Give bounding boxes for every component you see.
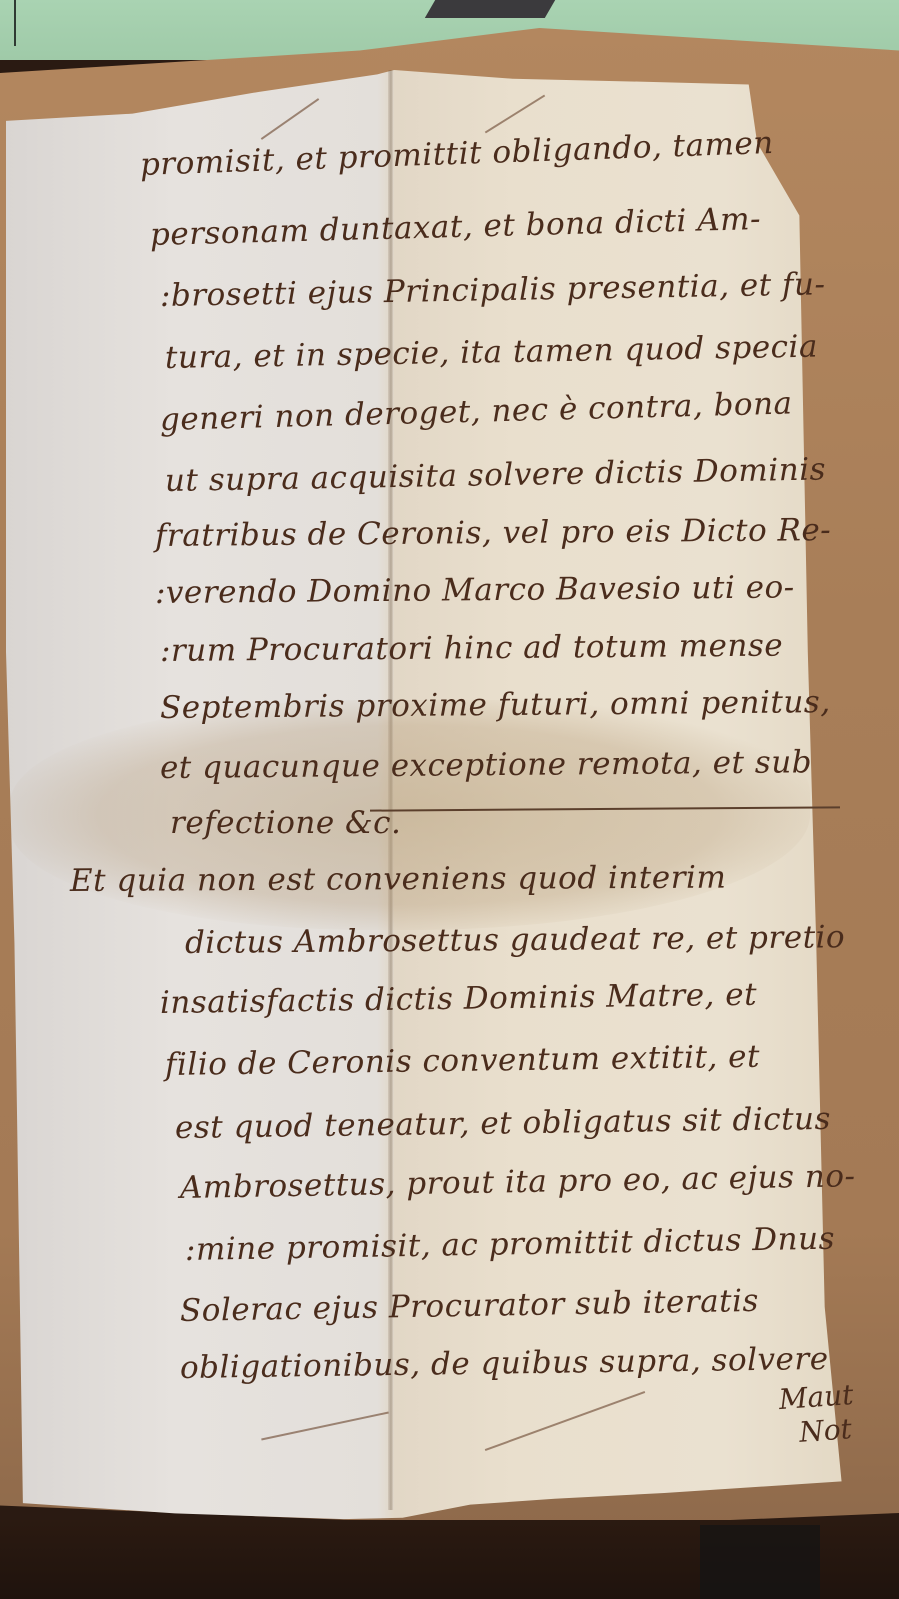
text-line: et quacunque exceptione remota, et sub [160, 744, 812, 786]
text-line: fratribus de Ceronis, vel pro eis Dicto … [155, 512, 832, 554]
text-line: :rum Procuratori hinc ad totum mense [160, 628, 783, 669]
text-line: refectione &c. [170, 805, 401, 841]
wall-cable [14, 0, 16, 46]
text-line: :verendo Domino Marco Bavesio uti eo- [155, 569, 795, 611]
text-line: Et quia non est conveniens quod interim [70, 860, 726, 899]
floor-shadow [700, 1525, 820, 1599]
text-line: dictus Ambrosettus gaudeat re, et pretio [185, 919, 845, 961]
signature-line-2: Not [780, 1411, 872, 1451]
notary-signature: Maut Not [778, 1377, 873, 1451]
background-object [425, 0, 555, 18]
text-line: Septembris proxime futuri, omni penitus, [160, 684, 831, 726]
